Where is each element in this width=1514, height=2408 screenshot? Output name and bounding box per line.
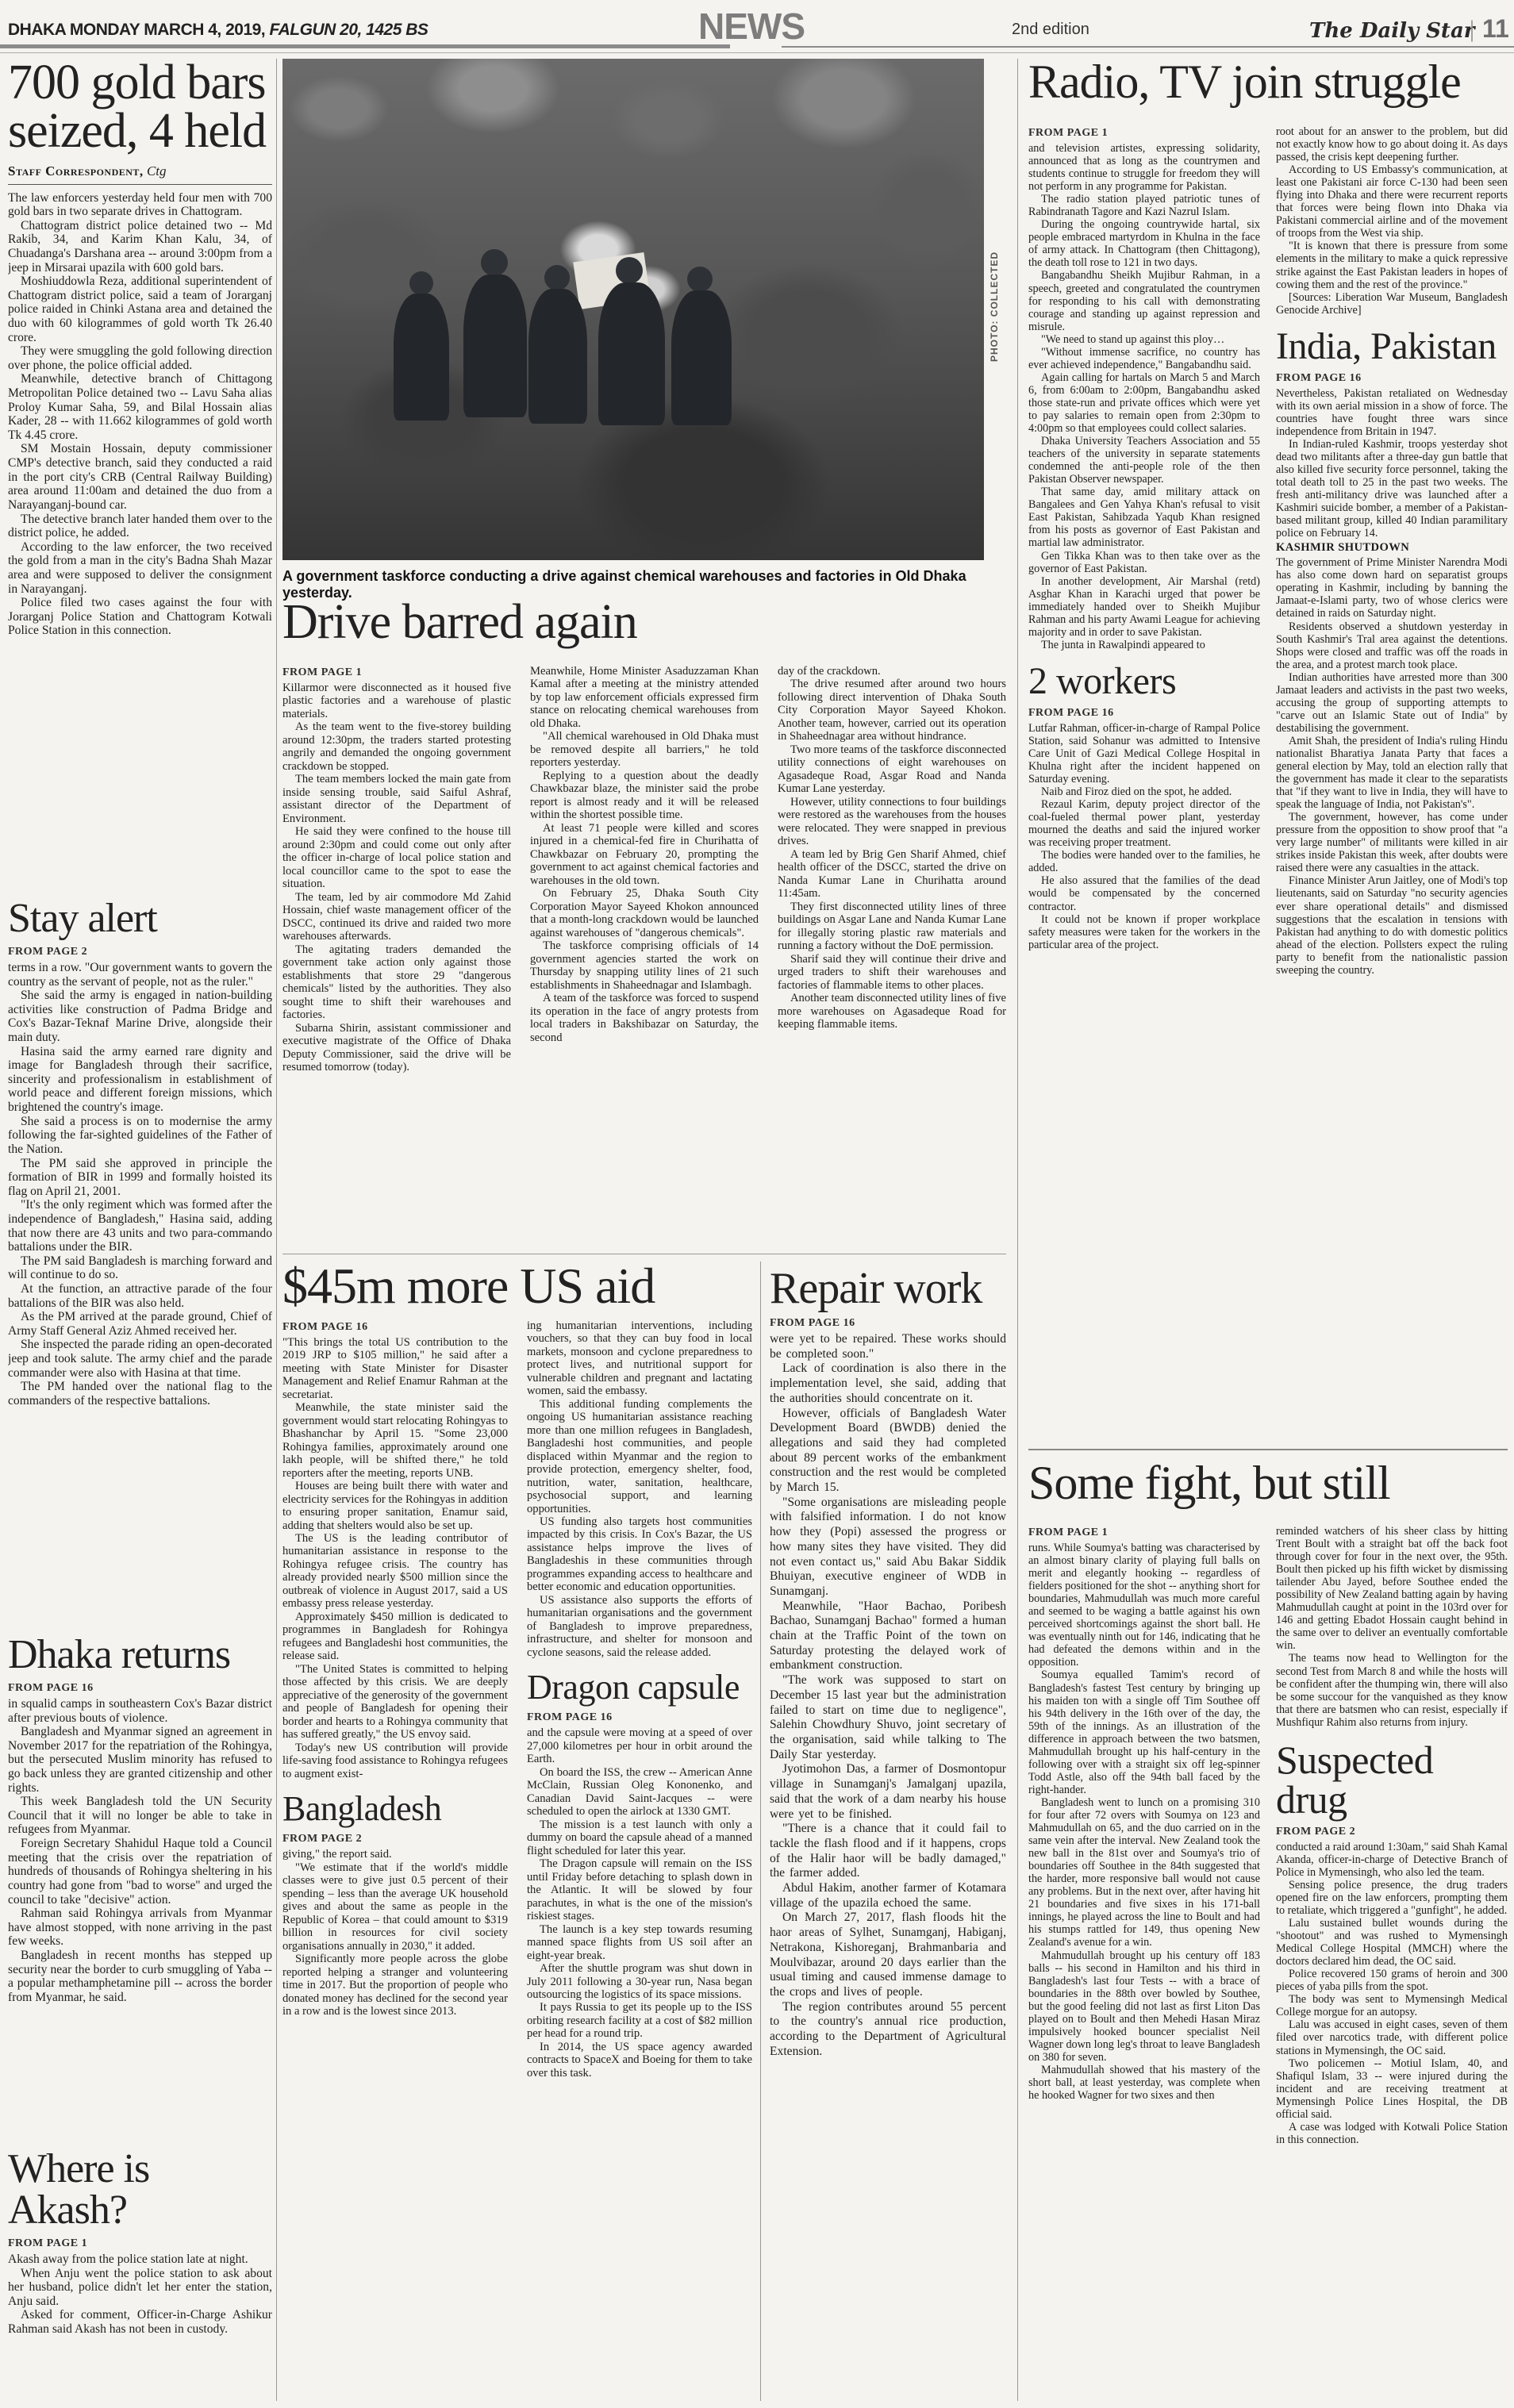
- paragraph: Two more teams of the taskforce disconne…: [778, 743, 1006, 796]
- paragraph: The agitating traders demanded the gover…: [282, 943, 511, 1022]
- paragraph: US funding also targets host communities…: [527, 1515, 752, 1594]
- paragraph: "There is a chance that it could fail to…: [770, 1822, 1006, 1881]
- page-number-separator: |: [1470, 16, 1474, 43]
- paragraph: The PM said she approved in principle th…: [8, 1157, 272, 1199]
- paragraph: At the function, an attractive parade of…: [8, 1282, 272, 1310]
- headline-repair-work: Repair work: [770, 1266, 1006, 1311]
- paragraph: On board the ISS, the crew -- American A…: [527, 1766, 752, 1818]
- jump-line: FROM PAGE 16: [1276, 372, 1508, 385]
- paragraph: Killarmor were disconnected as it housed…: [282, 682, 511, 720]
- paragraph: As the PM arrived at the parade ground, …: [8, 1310, 272, 1338]
- header-rule-right: [782, 46, 1514, 48]
- dateline: DHAKA MONDAY MARCH 4, 2019, FALGUN 20, 1…: [8, 21, 428, 40]
- paragraph: Lutfar Rahman, officer-in-charge of Ramp…: [1028, 722, 1260, 785]
- paragraph: [Sources: Liberation War Museum, Banglad…: [1276, 291, 1508, 317]
- paragraph: in squalid camps in southeastern Cox's B…: [8, 1697, 272, 1725]
- paragraph: Significantly more people across the glo…: [282, 1953, 508, 2018]
- paragraph: Lack of coordination is also there in th…: [770, 1361, 1006, 1406]
- paragraph: Police recovered 150 grams of heroin and…: [1276, 1968, 1508, 1993]
- jump-line: FROM PAGE 16: [527, 1711, 752, 1724]
- paragraph: Rezaul Karim, deputy project director of…: [1028, 798, 1260, 849]
- paragraph: It pays Russia to get its people up to t…: [527, 2001, 752, 2040]
- paragraph: Meanwhile, Home Minister Asaduzzaman Kha…: [530, 665, 759, 730]
- paragraph: "It is known that there is pressure from…: [1276, 240, 1508, 290]
- paragraph: Today's new US contribution will provide…: [282, 1742, 508, 1780]
- paragraph: ing humanitarian interventions, includin…: [527, 1319, 752, 1398]
- paragraph: Meanwhile, "Haor Bachao, Poribesh Bachao…: [770, 1600, 1006, 1674]
- paragraph: Amit Shah, the president of India's ruli…: [1276, 735, 1508, 811]
- paragraph: Another team disconnected utility lines …: [778, 992, 1006, 1031]
- sidebar-divider: [1028, 1449, 1508, 1450]
- paragraph: The mission is a test launch with only a…: [527, 1818, 752, 1857]
- paragraph: Finance Minister Arun Jaitley, one of Mo…: [1276, 874, 1508, 976]
- headline-radio-tv: Radio, TV join struggle: [1028, 59, 1508, 106]
- paragraph: The law enforcers yesterday held four me…: [8, 191, 272, 219]
- column-rule-left: [276, 59, 277, 2401]
- article-body: Killarmor were disconnected as it housed…: [282, 682, 511, 1074]
- article-repair-work: Repair work FROM PAGE 16 were yet to be …: [770, 1266, 1006, 2401]
- paragraph: Bangabandhu Sheikh Mujibur Rahman, in a …: [1028, 269, 1260, 332]
- paragraph: This additional funding complements the …: [527, 1398, 752, 1515]
- article-us-aid: $45m more US aid FROM PAGE 16 "This brin…: [282, 1262, 752, 2401]
- paragraph: Foreign Secretary Shahidul Haque told a …: [8, 1837, 272, 1907]
- article-body: Akash away from the police station late …: [8, 2252, 272, 2337]
- paragraph: Approximately $450 million is dedicated …: [282, 1611, 508, 1663]
- paragraph: "The United States is committed to helpi…: [282, 1663, 508, 1742]
- column-rule-sidebar: [1017, 59, 1018, 2401]
- paragraph: Chattogram district police detained two …: [8, 219, 272, 275]
- article-body: reminded watchers of his sheer class by …: [1276, 1525, 1508, 1729]
- paragraph: In another development, Air Marshal (ret…: [1028, 575, 1260, 639]
- headline-where-is-akash: Where is Akash?: [8, 2149, 272, 2231]
- headline-2-workers: 2 workers: [1028, 662, 1260, 701]
- article-where-is-akash: Where is Akash? FROM PAGE 1 Akash away f…: [8, 2149, 272, 2387]
- fight-col-a: FROM PAGE 1 runs. While Soumya's batting…: [1028, 1525, 1260, 2401]
- edition-label: 2nd edition: [1012, 21, 1089, 39]
- article-body: Nevertheless, Pakistan retaliated on Wed…: [1276, 387, 1508, 540]
- article-body: "This brings the total US contribution t…: [282, 1336, 508, 1780]
- paragraph: Lalu sustained bullet wounds during the …: [1276, 1917, 1508, 1968]
- paragraph: The radio station played patriotic tunes…: [1028, 193, 1260, 218]
- paragraph: reminded watchers of his sheer class by …: [1276, 1525, 1508, 1652]
- paragraph: Moshiuddowla Reza, additional superinten…: [8, 275, 272, 344]
- paragraph: The region contributes around 55 percent…: [770, 2000, 1006, 2060]
- subhead-kashmir-shutdown: KASHMIR SHUTDOWN: [1276, 541, 1508, 555]
- paragraph: root about for an answer to the problem,…: [1276, 125, 1508, 163]
- paragraph: Again calling for hartals on March 5 and…: [1028, 371, 1260, 435]
- paragraph: The government of Prime Minister Narendr…: [1276, 556, 1508, 620]
- photo-credit-text: PHOTO: COLLECTED: [989, 243, 1000, 362]
- byline-author: Staff Correspondent,: [8, 163, 144, 179]
- paragraph: He said they were confined to the house …: [282, 825, 511, 890]
- headline-us-aid: $45m more US aid: [282, 1262, 752, 1312]
- fight-col-b: reminded watchers of his sheer class by …: [1276, 1525, 1508, 2401]
- photo-person: [463, 275, 527, 417]
- paragraph: runs. While Soumya's batting was charact…: [1028, 1542, 1260, 1669]
- paragraph: At least 71 people were killed and score…: [530, 822, 759, 887]
- paragraph: Lalu was accused in eight cases, seven o…: [1276, 2018, 1508, 2057]
- paragraph: The launch is a key step towards resumin…: [527, 1923, 752, 1962]
- article-body: Lutfar Rahman, officer-in-charge of Ramp…: [1028, 722, 1260, 951]
- paragraph: That same day, amid military attack on B…: [1028, 486, 1260, 549]
- paragraph: Police filed two cases against the four …: [8, 596, 272, 638]
- photo-person: [394, 294, 449, 421]
- page-number: 11: [1482, 14, 1509, 44]
- paragraph: and television artistes, expressing soli…: [1028, 142, 1260, 193]
- paragraph: She inspected the parade riding an open-…: [8, 1338, 272, 1380]
- paragraph: Naib and Firoz died on the spot, he adde…: [1028, 785, 1260, 798]
- dateline-date: DHAKA MONDAY MARCH 4, 2019,: [8, 21, 265, 39]
- paragraph: This week Bangladesh told the UN Securit…: [8, 1795, 272, 1837]
- jump-line: FROM PAGE 16: [1028, 707, 1260, 720]
- photo-credit: PHOTO: COLLECTED: [986, 59, 1005, 560]
- paragraph: They first disconnected utility lines of…: [778, 901, 1006, 953]
- paragraph: He also assured that the families of the…: [1028, 874, 1260, 912]
- paragraph: On February 25, Dhaka South City Corpora…: [530, 887, 759, 939]
- article-body: The government of Prime Minister Narendr…: [1276, 556, 1508, 977]
- paragraph: Subarna Shirin, assistant commissioner a…: [282, 1022, 511, 1074]
- photo-person: [528, 289, 587, 424]
- paragraph: "Without immense sacrifice, no country h…: [1028, 346, 1260, 371]
- paragraph: Replying to a question about the deadly …: [530, 770, 759, 822]
- article-body: Meanwhile, Home Minister Asaduzzaman Kha…: [530, 665, 759, 1044]
- paragraph: She said the army is engaged in nation-b…: [8, 989, 272, 1044]
- paragraph: Meanwhile, the state minister said the g…: [282, 1401, 508, 1480]
- masthead-logo: The Daily Star: [1309, 19, 1460, 43]
- paragraph: According to US Embassy's communication,…: [1276, 163, 1508, 240]
- jump-line: FROM PAGE 1: [282, 666, 511, 679]
- paragraph: Bangladesh and Myanmar signed an agreeme…: [8, 1725, 272, 1795]
- paragraph: However, officials of Bangladesh Water D…: [770, 1407, 1006, 1496]
- page-header: DHAKA MONDAY MARCH 4, 2019, FALGUN 20, 1…: [0, 0, 1514, 46]
- left-column: 700 gold bars seized, 4 held Staff Corre…: [8, 59, 272, 2401]
- paragraph: In 2014, the US space agency awarded con…: [527, 2041, 752, 2080]
- paragraph: Gen Tikka Khan was to then take over as …: [1028, 550, 1260, 575]
- drive-col-1: FROM PAGE 1 Killarmor were disconnected …: [282, 665, 511, 1249]
- paragraph: It could not be known if proper workplac…: [1028, 913, 1260, 951]
- paragraph: She said a process is on to modernise th…: [8, 1115, 272, 1157]
- jump-line: FROM PAGE 2: [1276, 1826, 1508, 1838]
- paragraph: giving," the report said.: [282, 1848, 508, 1861]
- paragraph: The detective branch later handed them o…: [8, 513, 272, 540]
- paragraph: In Indian-ruled Kashmir, troops yesterda…: [1276, 438, 1508, 540]
- paragraph: Residents observed a shutdown yesterday …: [1276, 620, 1508, 671]
- paragraph: "The work was supposed to start on Decem…: [770, 1673, 1006, 1762]
- jump-line: FROM PAGE 1: [8, 2237, 272, 2250]
- paragraph: Meanwhile, detective branch of Chittagon…: [8, 372, 272, 442]
- paragraph: Mahmudullah brought up his century off 1…: [1028, 1949, 1260, 2064]
- photo-person: [671, 290, 732, 425]
- paragraph: terms in a row. "Our government wants to…: [8, 961, 272, 989]
- paragraph: were yet to be repaired. These works sho…: [770, 1332, 1006, 1361]
- us-aid-col-2: ing humanitarian interventions, includin…: [527, 1319, 752, 2375]
- paragraph: The team, led by air commodore Md Zahid …: [282, 891, 511, 943]
- paragraph: Sensing police presence, the drug trader…: [1276, 1879, 1508, 1917]
- paragraph: A team of the taskforce was forced to su…: [530, 992, 759, 1044]
- paragraph: SM Mostain Hossain, deputy commissioner …: [8, 442, 272, 512]
- paragraph: Soumya equalled Tamim's record of Bangla…: [1028, 1669, 1260, 1795]
- paragraph: Two policemen -- Motiul Islam, 40, and S…: [1276, 2057, 1508, 2121]
- photo-person-head: [616, 257, 643, 284]
- article-body: and the capsule were moving at a speed o…: [527, 1726, 752, 2080]
- article-body: day of the crackdown.The drive resumed a…: [778, 665, 1006, 1031]
- article-gold-bars: 700 gold bars seized, 4 held Staff Corre…: [8, 59, 272, 898]
- paragraph: Indian authorities have arrested more th…: [1276, 671, 1508, 735]
- paragraph: The PM said Bangladesh is marching forwa…: [8, 1254, 272, 1282]
- paragraph: The government, however, has come under …: [1276, 811, 1508, 874]
- article-body: ing humanitarian interventions, includin…: [527, 1319, 752, 1660]
- paragraph: "This brings the total US contribution t…: [282, 1336, 508, 1401]
- headline-some-fight: Some fight, but still: [1028, 1460, 1390, 1507]
- paragraph: Jyotimohon Das, a farmer of Dosmontopur …: [770, 1762, 1006, 1822]
- news-photo: [282, 59, 984, 560]
- paragraph: Sharif said they will continue their dri…: [778, 953, 1006, 992]
- headline-suspected-drug: Suspected drug: [1276, 1740, 1508, 1819]
- paragraph: The team members locked the main gate fr…: [282, 773, 511, 825]
- paragraph: day of the crackdown.: [778, 665, 1006, 678]
- paragraph: "Some organisations are misleading peopl…: [770, 1496, 1006, 1600]
- paragraph: After the shuttle program was shut down …: [527, 1962, 752, 2001]
- article-body: root about for an answer to the problem,…: [1276, 125, 1508, 317]
- jump-line: FROM PAGE 2: [8, 946, 272, 958]
- paragraph: On March 27, 2017, flash floods hit the …: [770, 1911, 1006, 1999]
- paragraph: A case was lodged with Kotwali Police St…: [1276, 2121, 1508, 2146]
- paragraph: A team led by Brig Gen Sharif Ahmed, chi…: [778, 848, 1006, 901]
- headline-stay-alert: Stay alert: [8, 898, 272, 939]
- paragraph: "We estimate that if the world's middle …: [282, 1861, 508, 1953]
- article-body: terms in a row. "Our government wants to…: [8, 961, 272, 1408]
- center-lower-section: $45m more US aid FROM PAGE 16 "This brin…: [282, 1262, 1006, 2401]
- paragraph: They were smuggling the gold following d…: [8, 344, 272, 372]
- paragraph: As the team went to the five-storey buil…: [282, 720, 511, 773]
- paragraph: The bodies were handed over to the famil…: [1028, 849, 1260, 874]
- section-title: NEWS: [698, 5, 805, 48]
- article-body: and television artistes, expressing soli…: [1028, 142, 1260, 651]
- paragraph: Hasina said the army earned rare dignity…: [8, 1045, 272, 1115]
- section-divider: [282, 1254, 1006, 1254]
- article-body: were yet to be repaired. These works sho…: [770, 1332, 1006, 2059]
- paragraph: The PM handed over the national flag to …: [8, 1380, 272, 1408]
- paragraph: and the capsule were moving at a speed o…: [527, 1726, 752, 1765]
- sidebar-col-b: root about for an answer to the problem,…: [1276, 125, 1508, 1439]
- drive-col-2: Meanwhile, Home Minister Asaduzzaman Kha…: [530, 665, 759, 1249]
- paragraph: Dhaka University Teachers Association an…: [1028, 435, 1260, 486]
- article-body: conducted a raid around 1:30am," said Sh…: [1276, 1841, 1508, 2146]
- paragraph: When Anju went the police station to ask…: [8, 2267, 272, 2309]
- paragraph: The US is the leading contributor of hum…: [282, 1532, 508, 1611]
- headline-bangladesh: Bangladesh: [282, 1792, 508, 1826]
- dateline-bangla-date: FALGUN 20, 1425 BS: [265, 21, 428, 39]
- jump-line: FROM PAGE 16: [770, 1317, 1006, 1330]
- byline-location: Ctg: [144, 163, 167, 179]
- us-aid-col-1: FROM PAGE 16 "This brings the total US c…: [282, 1319, 508, 2375]
- photo-person-head: [544, 265, 570, 290]
- paragraph: Nevertheless, Pakistan retaliated on Wed…: [1276, 387, 1508, 438]
- paragraph: During the ongoing countrywide hartal, s…: [1028, 218, 1260, 269]
- headline-dragon-capsule: Dragon capsule: [527, 1670, 752, 1705]
- paragraph: "It's the only regiment which was formed…: [8, 1198, 272, 1254]
- article-body: runs. While Soumya's batting was charact…: [1028, 1542, 1260, 2102]
- right-sidebar: Radio, TV join struggle FROM PAGE 1 and …: [1028, 59, 1508, 2401]
- column-rule-center: [760, 1262, 761, 2401]
- drive-col-3: day of the crackdown.The drive resumed a…: [778, 665, 1006, 1249]
- headline-drive-barred: Drive barred again: [282, 598, 637, 647]
- jump-line: FROM PAGE 1: [1028, 1527, 1260, 1539]
- paragraph: conducted a raid around 1:30am," said Sh…: [1276, 1841, 1508, 1879]
- photo-person-head: [481, 249, 508, 276]
- newspaper-page: DHAKA MONDAY MARCH 4, 2019, FALGUN 20, 1…: [0, 0, 1514, 2408]
- paragraph: According to the law enforcer, the two r…: [8, 540, 272, 596]
- paragraph: Asked for comment, Officer-in-Charge Ash…: [8, 2308, 272, 2336]
- paragraph: However, utility connections to four bui…: [778, 796, 1006, 848]
- paragraph: The body was sent to Mymensingh Medical …: [1276, 1993, 1508, 2018]
- header-rule-full: [0, 52, 1514, 53]
- photo-person: [598, 282, 665, 425]
- paragraph: The Dragon capsule will remain on the IS…: [527, 1857, 752, 1922]
- article-body: The law enforcers yesterday held four me…: [8, 191, 272, 639]
- paragraph: The taskforce comprising officials of 14…: [530, 939, 759, 992]
- sidebar-lower-columns: FROM PAGE 1 runs. While Soumya's batting…: [1028, 1525, 1508, 2401]
- jump-line: FROM PAGE 1: [1028, 127, 1260, 140]
- paragraph: Bangladesh in recent months has stepped …: [8, 1949, 272, 2004]
- jump-line: FROM PAGE 16: [282, 1321, 508, 1334]
- paragraph: The junta in Rawalpindi appeared to: [1028, 639, 1260, 651]
- sidebar-col-a: FROM PAGE 1 and television artistes, exp…: [1028, 125, 1260, 1439]
- paragraph: Bangladesh went to lunch on a promising …: [1028, 1796, 1260, 1949]
- paragraph: US assistance also supports the efforts …: [527, 1594, 752, 1659]
- sidebar-upper-columns: FROM PAGE 1 and television artistes, exp…: [1028, 125, 1508, 1439]
- jump-line: FROM PAGE 2: [282, 1833, 508, 1845]
- article-stay-alert: Stay alert FROM PAGE 2 terms in a row. "…: [8, 898, 272, 1634]
- jump-line: FROM PAGE 16: [8, 1682, 272, 1695]
- paragraph: The drive resumed after around two hours…: [778, 678, 1006, 743]
- article-body: giving," the report said."We estimate th…: [282, 1848, 508, 2018]
- photo-person-head: [409, 271, 433, 295]
- header-rule-thick: [0, 44, 730, 48]
- paragraph: Mahmudullah showed that his mastery of t…: [1028, 2064, 1260, 2102]
- paragraph: "We need to stand up against this ploy…: [1028, 333, 1260, 346]
- headline-dhaka-returns: Dhaka returns: [8, 1634, 272, 1676]
- headline-india-pakistan: India, Pakistan: [1276, 328, 1508, 366]
- paragraph: Houses are being built there with water …: [282, 1480, 508, 1532]
- headline-gold-bars: 700 gold bars seized, 4 held: [8, 59, 272, 156]
- paragraph: Abdul Hakim, another farmer of Kotamara …: [770, 1881, 1006, 1911]
- paragraph: Rahman said Rohingya arrivals from Myanm…: [8, 1907, 272, 1949]
- byline: Staff Correspondent, Ctg: [8, 163, 272, 185]
- article-drive-barred: FROM PAGE 1 Killarmor were disconnected …: [282, 665, 1006, 1249]
- paragraph: Akash away from the police station late …: [8, 2252, 272, 2267]
- paragraph: The teams now head to Wellington for the…: [1276, 1652, 1508, 1728]
- article-body: in squalid camps in southeastern Cox's B…: [8, 1697, 272, 2004]
- article-dhaka-returns: Dhaka returns FROM PAGE 16 in squalid ca…: [8, 1634, 272, 2149]
- paragraph: "All chemical warehoused in Old Dhaka mu…: [530, 730, 759, 769]
- photo-person-head: [687, 267, 713, 292]
- center-column: PHOTO: COLLECTED A government taskforce …: [282, 59, 1006, 2401]
